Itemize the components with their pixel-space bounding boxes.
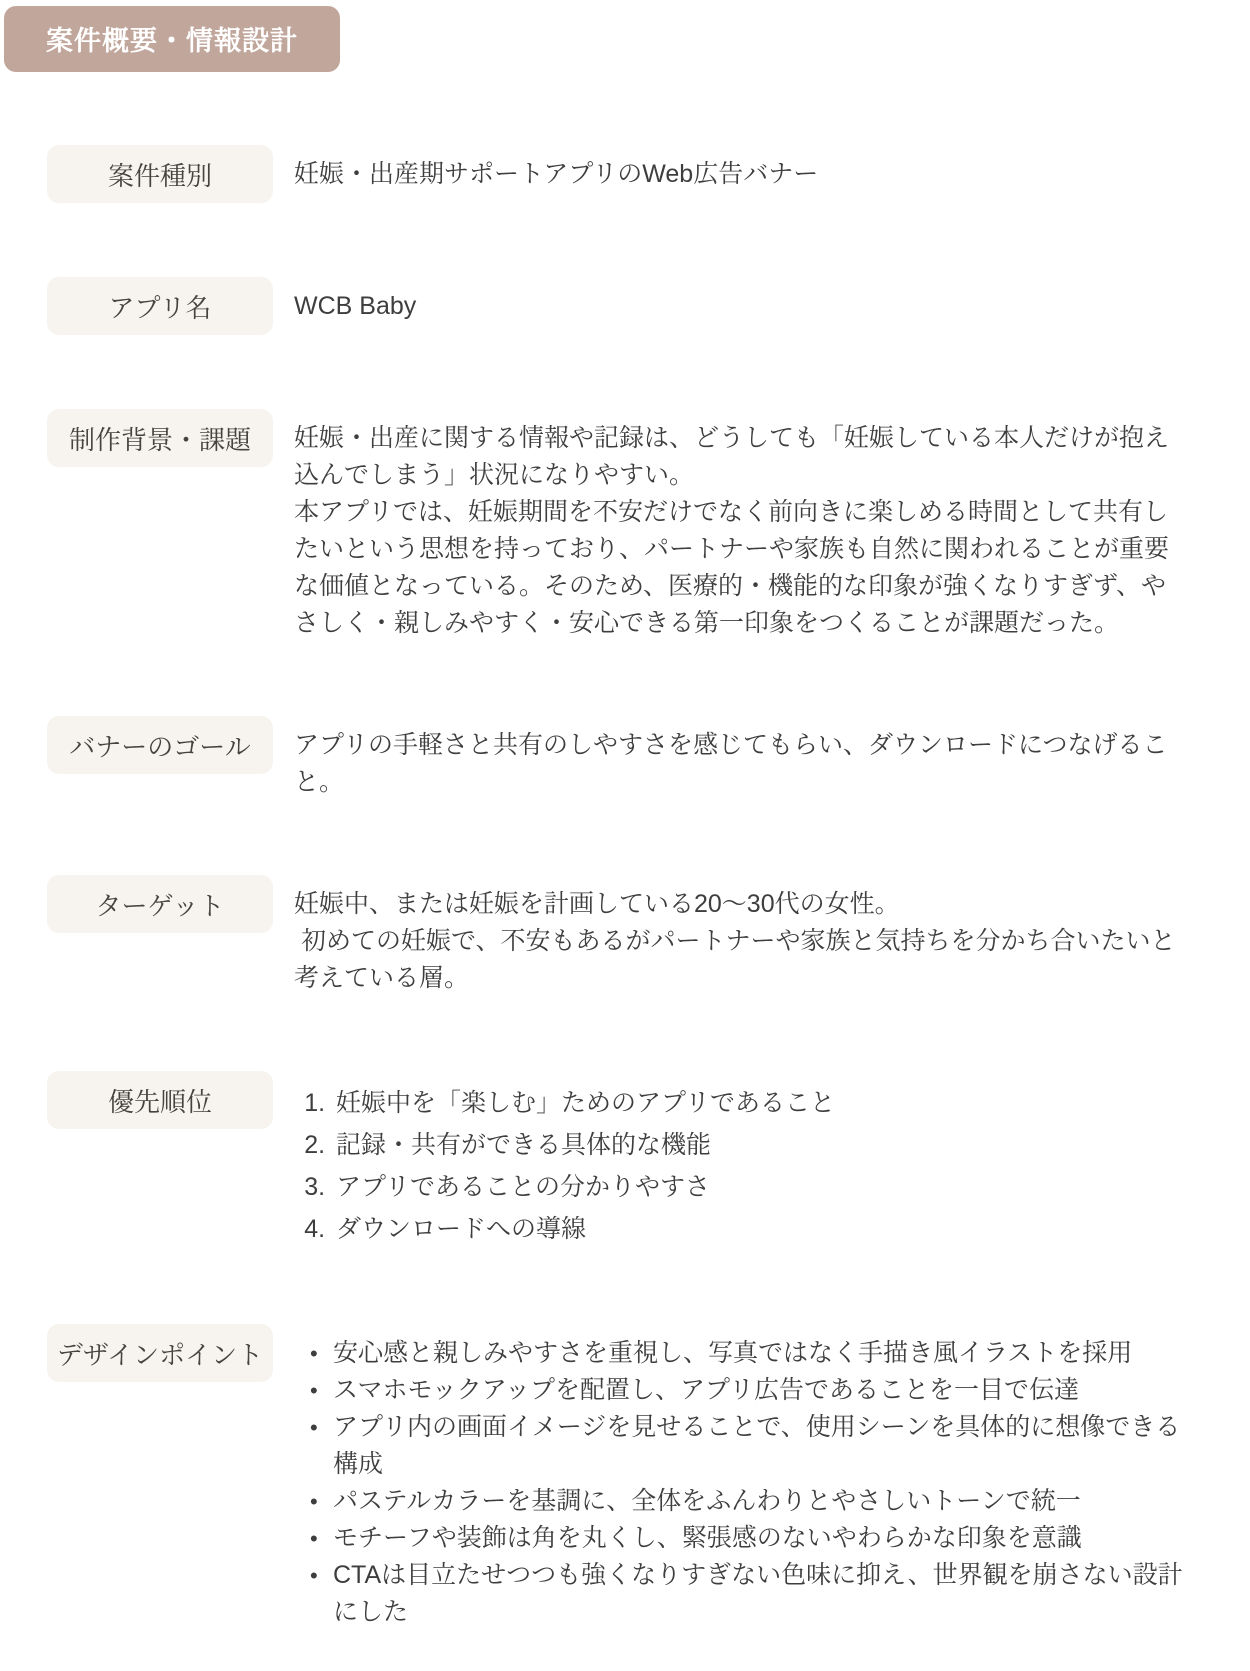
list-item: ダウンロードへの導線 bbox=[332, 1208, 1190, 1250]
list-item: CTAは目立たせつつも強くなりすぎない色味に抑え、世界観を崩さない設計にした bbox=[310, 1557, 1190, 1631]
row-label: 案件種別 bbox=[108, 156, 212, 193]
row-label: 優先順位 bbox=[108, 1082, 212, 1119]
row-label: ターゲット bbox=[96, 886, 225, 923]
row-value: 妊娠・出産期サポートアプリのWeb広告バナー bbox=[294, 145, 1190, 193]
row-label-pill: アプリ名 bbox=[47, 277, 273, 335]
brief-row: ターゲット 妊娠中、または妊娠を計画している20〜30代の女性。 初めての妊娠で… bbox=[47, 875, 1192, 997]
value-line: 妊娠中、または妊娠を計画している20〜30代の女性。 bbox=[294, 886, 1190, 923]
list-item: 妊娠中を「楽しむ」ためのアプリであること bbox=[332, 1082, 1190, 1124]
row-value: 安心感と親しみやすさを重視し、写真ではなく手描き風イラストを採用スマホモックアッ… bbox=[294, 1324, 1190, 1631]
row-value: 妊娠中を「楽しむ」ためのアプリであること記録・共有ができる具体的な機能アプリであ… bbox=[294, 1071, 1190, 1250]
row-label: バナーのゴール bbox=[69, 727, 250, 764]
section-title-badge: 案件概要・情報設計 bbox=[4, 6, 340, 72]
ordered-list: 妊娠中を「楽しむ」ためのアプリであること記録・共有ができる具体的な機能アプリであ… bbox=[308, 1082, 1190, 1250]
row-label-pill: 制作背景・課題 bbox=[47, 409, 273, 467]
row-label-pill: バナーのゴール bbox=[47, 716, 273, 774]
brief-row: 制作背景・課題 妊娠・出産に関する情報や記録は、どうしても「妊娠している本人だけ… bbox=[47, 409, 1192, 642]
value-line: アプリの手軽さと共有のしやすさを感じてもらい、ダウンロードにつなげること。 bbox=[294, 727, 1190, 801]
value-line: 初めての妊娠で、不安もあるがパートナーや家族と気持ちを分かち合いたいと考えている… bbox=[294, 923, 1190, 997]
rows-container: 案件種別 妊娠・出産期サポートアプリのWeb広告バナー アプリ名 WCB Bab… bbox=[0, 72, 1250, 1671]
row-label-pill: 優先順位 bbox=[47, 1071, 273, 1129]
bullet-list: 安心感と親しみやすさを重視し、写真ではなく手描き風イラストを採用スマホモックアッ… bbox=[294, 1335, 1190, 1631]
list-item: アプリであることの分かりやすさ bbox=[332, 1166, 1190, 1208]
brief-row: バナーのゴール アプリの手軽さと共有のしやすさを感じてもらい、ダウンロードにつな… bbox=[47, 716, 1192, 801]
row-label: 制作背景・課題 bbox=[69, 420, 251, 457]
row-label-pill: ターゲット bbox=[47, 875, 273, 933]
list-item: パステルカラーを基調に、全体をふんわりとやさしいトーンで統一 bbox=[310, 1483, 1190, 1520]
value-line: 妊娠・出産に関する情報や記録は、どうしても「妊娠している本人だけが抱え込んでしま… bbox=[294, 420, 1190, 494]
list-item: アプリ内の画面イメージを見せることで、使用シーンを具体的に想像できる構成 bbox=[310, 1409, 1190, 1483]
project-brief-page: 案件概要・情報設計 案件種別 妊娠・出産期サポートアプリのWeb広告バナー アプ… bbox=[0, 0, 1250, 1671]
row-label: アプリ名 bbox=[109, 288, 212, 325]
brief-row: 優先順位 妊娠中を「楽しむ」ためのアプリであること記録・共有ができる具体的な機能… bbox=[47, 1071, 1192, 1250]
list-item: 記録・共有ができる具体的な機能 bbox=[332, 1124, 1190, 1166]
brief-row: アプリ名 WCB Baby bbox=[47, 277, 1192, 335]
row-value: 妊娠・出産に関する情報や記録は、どうしても「妊娠している本人だけが抱え込んでしま… bbox=[294, 409, 1190, 642]
row-label-pill: デザインポイント bbox=[47, 1324, 273, 1382]
list-item: 安心感と親しみやすさを重視し、写真ではなく手描き風イラストを採用 bbox=[310, 1335, 1190, 1372]
row-value: 妊娠中、または妊娠を計画している20〜30代の女性。 初めての妊娠で、不安もある… bbox=[294, 875, 1190, 997]
brief-row: デザインポイント 安心感と親しみやすさを重視し、写真ではなく手描き風イラストを採… bbox=[47, 1324, 1192, 1631]
value-line: 本アプリでは、妊娠期間を不安だけでなく前向きに楽しめる時間として共有したいという… bbox=[294, 494, 1190, 642]
value-line: WCB Baby bbox=[294, 288, 1190, 325]
list-item: スマホモックアップを配置し、アプリ広告であることを一目で伝達 bbox=[310, 1372, 1190, 1409]
value-line: 妊娠・出産期サポートアプリのWeb広告バナー bbox=[294, 156, 1190, 193]
brief-row: 案件種別 妊娠・出産期サポートアプリのWeb広告バナー bbox=[47, 145, 1192, 203]
row-label-pill: 案件種別 bbox=[47, 145, 273, 203]
row-label: デザインポイント bbox=[57, 1335, 263, 1372]
row-value: WCB Baby bbox=[294, 277, 1190, 325]
row-value: アプリの手軽さと共有のしやすさを感じてもらい、ダウンロードにつなげること。 bbox=[294, 716, 1190, 801]
list-item: モチーフや装飾は角を丸くし、緊張感のないやわらかな印象を意識 bbox=[310, 1520, 1190, 1557]
